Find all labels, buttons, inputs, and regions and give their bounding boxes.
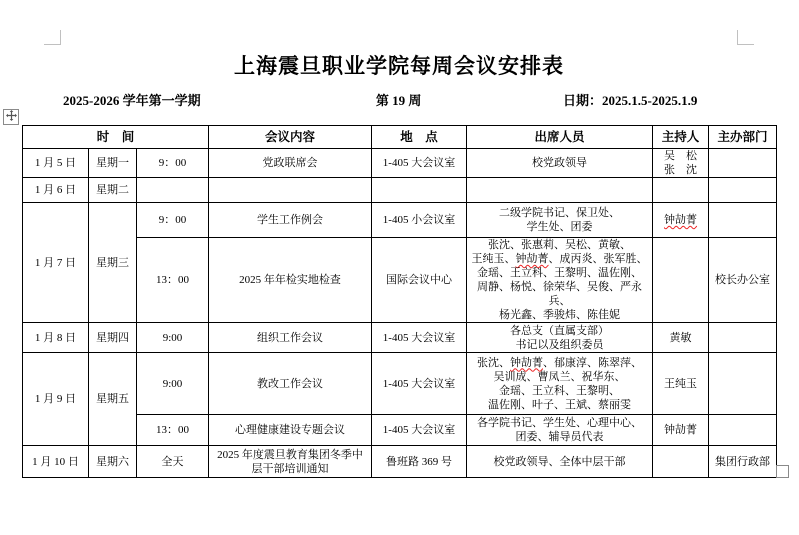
- cell-r6-attendees[interactable]: 张沈、钟劼菁、郁康淳、陈翠萍、 吴训成、曹凤兰、祝华东、 金瑶、王立科、王黎明、…: [467, 353, 653, 415]
- cell-r6-time[interactable]: 9:00: [137, 353, 209, 415]
- crop-mark-top-right: [737, 30, 754, 45]
- cell-r7-location[interactable]: 1-405 大会议室: [372, 415, 467, 446]
- table-resize-handle[interactable]: [776, 465, 789, 478]
- cell-r4-organizer[interactable]: 校长办公室: [709, 238, 777, 323]
- table-row-jan6: 1 月 6 日 星期二: [23, 178, 777, 203]
- cell-r2-content[interactable]: [209, 178, 372, 203]
- cell-r6-host[interactable]: 王纯玉: [653, 353, 709, 415]
- cell-r8-location[interactable]: 鲁班路 369 号: [372, 446, 467, 478]
- cell-r8-time[interactable]: 全天: [137, 446, 209, 478]
- header-host[interactable]: 主持人: [653, 126, 709, 149]
- cell-r8-organizer[interactable]: 集团行政部: [709, 446, 777, 478]
- cell-r1-attendees[interactable]: 校党政领导: [467, 149, 653, 178]
- cell-r67-weekday[interactable]: 星期五: [89, 353, 137, 446]
- cell-r4-time[interactable]: 13：00: [137, 238, 209, 323]
- header-time[interactable]: 时 间: [23, 126, 209, 149]
- cell-r2-weekday[interactable]: 星期二: [89, 178, 137, 203]
- cell-r2-organizer[interactable]: [709, 178, 777, 203]
- table-row-jan9-afternoon: 13：00 心理健康建设专题会议 1-405 大会议室 各学院书记、学生处、心理…: [23, 415, 777, 446]
- cell-r4-host[interactable]: [653, 238, 709, 323]
- cell-r7-host[interactable]: 钟劼菁: [653, 415, 709, 446]
- cell-r8-content[interactable]: 2025 年度震旦教育集团冬季中 层干部培训通知: [209, 446, 372, 478]
- cell-r7-content[interactable]: 心理健康建设专题会议: [209, 415, 372, 446]
- meeting-schedule-table: 时 间 会议内容 地 点 出席人员 主持人 主办部门 1 月 5 日 星期一 9…: [22, 125, 777, 478]
- table-header-row: 时 间 会议内容 地 点 出席人员 主持人 主办部门: [23, 126, 777, 149]
- header-location[interactable]: 地 点: [372, 126, 467, 149]
- cell-r67-date[interactable]: 1 月 9 日: [23, 353, 89, 446]
- table-row-jan10: 1 月 10 日 星期六 全天 2025 年度震旦教育集团冬季中 层干部培训通知…: [23, 446, 777, 478]
- table-move-handle[interactable]: [3, 109, 19, 125]
- cell-r8-host[interactable]: [653, 446, 709, 478]
- cell-r8-date[interactable]: 1 月 10 日: [23, 446, 89, 478]
- header-attendees[interactable]: 出席人员: [467, 126, 653, 149]
- cell-r2-date[interactable]: 1 月 6 日: [23, 178, 89, 203]
- cell-r6-organizer[interactable]: [709, 353, 777, 415]
- semester-label[interactable]: 2025-2026 学年第一学期: [63, 90, 201, 109]
- cell-r5-weekday[interactable]: 星期四: [89, 323, 137, 353]
- cell-r1-time[interactable]: 9：00: [137, 149, 209, 178]
- cell-r5-content[interactable]: 组织工作会议: [209, 323, 372, 353]
- spellcheck-flagged-name: 钟劼菁: [510, 357, 543, 369]
- cell-r2-time[interactable]: [137, 178, 209, 203]
- move-icon: [6, 108, 17, 126]
- cell-r4-location[interactable]: 国际会议中心: [372, 238, 467, 323]
- cell-r1-organizer[interactable]: [709, 149, 777, 178]
- table-row-jan9-morning: 1 月 9 日 星期五 9:00 教改工作会议 1-405 大会议室 张沈、钟劼…: [23, 353, 777, 415]
- cell-r1-content[interactable]: 党政联席会: [209, 149, 372, 178]
- cell-r3-location[interactable]: 1-405 小会议室: [372, 203, 467, 238]
- cell-r6-content[interactable]: 教改工作会议: [209, 353, 372, 415]
- cell-r2-host[interactable]: [653, 178, 709, 203]
- crop-mark-top-left: [44, 30, 61, 45]
- table-row-jan5: 1 月 5 日 星期一 9：00 党政联席会 1-405 大会议室 校党政领导 …: [23, 149, 777, 178]
- cell-r7-organizer[interactable]: [709, 415, 777, 446]
- cell-r34-date[interactable]: 1 月 7 日: [23, 203, 89, 323]
- cell-r8-attendees[interactable]: 校党政领导、全体中层干部: [467, 446, 653, 478]
- cell-r1-date[interactable]: 1 月 5 日: [23, 149, 89, 178]
- cell-r2-location[interactable]: [372, 178, 467, 203]
- cell-r5-date[interactable]: 1 月 8 日: [23, 323, 89, 353]
- document-title[interactable]: 上海震旦职业学院每周会议安排表: [61, 50, 737, 80]
- cell-r3-attendees[interactable]: 二级学院书记、保卫处、 学生处、团委: [467, 203, 653, 238]
- attendees-text: 张沈、: [477, 357, 510, 369]
- table-row-jan8: 1 月 8 日 星期四 9:00 组织工作会议 1-405 大会议室 各总支（直…: [23, 323, 777, 353]
- cell-r5-attendees[interactable]: 各总支（直属支部） 书记以及组织委员: [467, 323, 653, 353]
- cell-r2-attendees[interactable]: [467, 178, 653, 203]
- header-content[interactable]: 会议内容: [209, 126, 372, 149]
- cell-r1-weekday[interactable]: 星期一: [89, 149, 137, 178]
- cell-r1-location[interactable]: 1-405 大会议室: [372, 149, 467, 178]
- cell-r8-weekday[interactable]: 星期六: [89, 446, 137, 478]
- subtitle-row: 2025-2026 学年第一学期 第 19 周 日期：2025.1.5-2025…: [0, 90, 799, 108]
- spellcheck-flagged-name: 钟劼菁: [664, 214, 697, 226]
- cell-r4-attendees[interactable]: 张沈、张惠莉、吴松、黄敏、 王纯玉、钟劼菁、成丙炎、张军胜、 金瑶、王立科、王黎…: [467, 238, 653, 323]
- word-page: 上海震旦职业学院每周会议安排表 2025-2026 学年第一学期 第 19 周 …: [0, 0, 799, 535]
- cell-r5-host[interactable]: 黄敏: [653, 323, 709, 353]
- cell-r6-location[interactable]: 1-405 大会议室: [372, 353, 467, 415]
- cell-r5-location[interactable]: 1-405 大会议室: [372, 323, 467, 353]
- table-row-jan7-afternoon: 13：00 2025 年年检实地检查 国际会议中心 张沈、张惠莉、吴松、黄敏、 …: [23, 238, 777, 323]
- cell-r3-organizer[interactable]: [709, 203, 777, 238]
- cell-r3-content[interactable]: 学生工作例会: [209, 203, 372, 238]
- header-organizer[interactable]: 主办部门: [709, 126, 777, 149]
- cell-r34-weekday[interactable]: 星期三: [89, 203, 137, 323]
- table-row-jan7-morning: 1 月 7 日 星期三 9：00 学生工作例会 1-405 小会议室 二级学院书…: [23, 203, 777, 238]
- cell-r5-time[interactable]: 9:00: [137, 323, 209, 353]
- cell-r3-time[interactable]: 9：00: [137, 203, 209, 238]
- cell-r7-time[interactable]: 13：00: [137, 415, 209, 446]
- cell-r7-attendees[interactable]: 各学院书记、学生处、心理中心、 团委、辅导员代表: [467, 415, 653, 446]
- cell-r4-content[interactable]: 2025 年年检实地检查: [209, 238, 372, 323]
- cell-r3-host[interactable]: 钟劼菁: [653, 203, 709, 238]
- date-range-label[interactable]: 日期：2025.1.5-2025.1.9: [563, 90, 697, 109]
- spellcheck-flagged-name: 钟劼菁: [516, 253, 549, 265]
- week-label[interactable]: 第 19 周: [376, 90, 422, 109]
- cell-r1-host[interactable]: 吴 松 张 沈: [653, 149, 709, 178]
- cell-r5-organizer[interactable]: [709, 323, 777, 353]
